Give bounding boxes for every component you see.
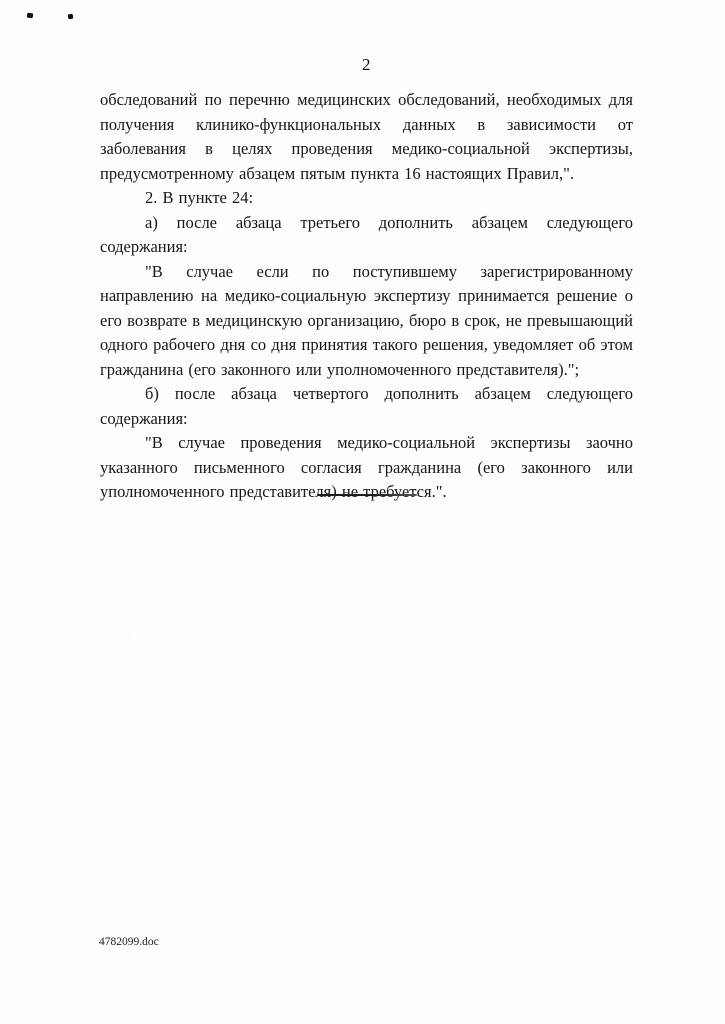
document-body: обследований по перечню медицинских обсл…: [100, 88, 633, 505]
paragraph-continuation: обследований по перечню медицинских обсл…: [100, 88, 633, 186]
paragraph-subpoint-b: б) после абзаца четвертого дополнить абз…: [100, 382, 633, 431]
scan-speck: [27, 13, 34, 19]
scan-speck: [68, 14, 73, 19]
paragraph-subpoint-a: а) после абзаца третьего дополнить абзац…: [100, 211, 633, 260]
document-filename: 4782099.doc: [99, 936, 159, 948]
paragraph-quote-a: "В случае если по поступившему зарегистр…: [100, 260, 633, 383]
paragraph-point-2: 2. В пункте 24:: [100, 186, 633, 211]
document-page: 2 обследований по перечню медицинских об…: [0, 0, 725, 1024]
end-of-document-line: [317, 494, 417, 496]
page-number: 2: [100, 55, 633, 75]
